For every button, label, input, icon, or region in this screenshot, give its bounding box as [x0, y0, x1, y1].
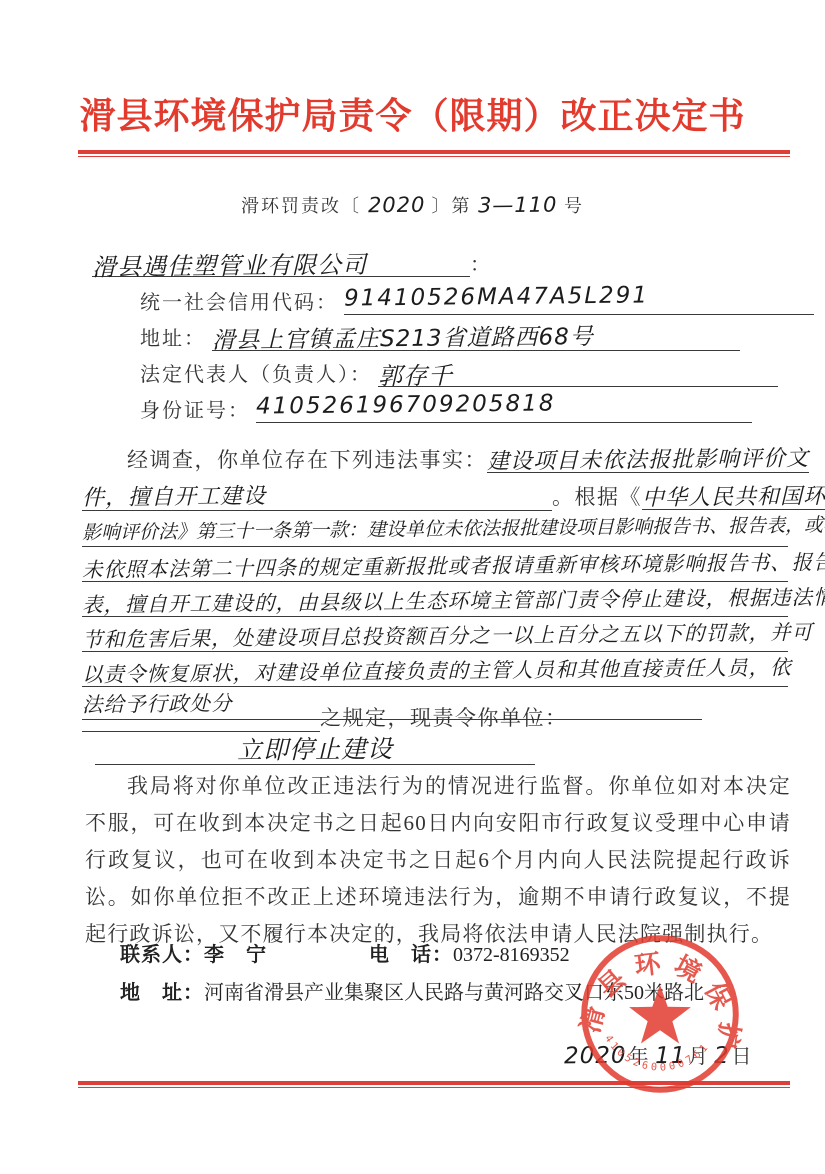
- header-divider: [78, 150, 790, 154]
- legal-rep-label: 法定代表人（负责人）：: [140, 364, 372, 386]
- legal-rep-row: 法定代表人（负责人）： 郭存千: [140, 356, 778, 387]
- address-handwritten: 滑县上官镇孟庄S213省道路西68号: [212, 318, 594, 355]
- doc-no-prefix: 滑环罚责改〔: [241, 196, 361, 216]
- contact-person-label: 联系人：: [120, 944, 204, 966]
- law-title-start-handwritten: 中华人民共和国环境: [642, 479, 825, 512]
- document-number: 滑环罚责改〔 2020 〕第 3—110 号: [0, 192, 825, 218]
- doc-no-year-handwritten: 2020: [367, 193, 425, 218]
- date-month-handwritten: 11: [654, 1043, 686, 1069]
- id-number-handwritten: 410526196709205818: [256, 390, 556, 419]
- order-row: 立即停止建设: [95, 730, 535, 765]
- company-colon: ：: [470, 254, 491, 276]
- law-line3-handwritten: 表，擅自开工建设的，由县级以上生态环境主管部门责令停止建设，根据违法情: [82, 580, 825, 618]
- doc-no-num-handwritten: 3—110: [478, 193, 558, 218]
- law-line: 影响评价法》第三十一条第一款：建设单位未依法报批建设项目影响报告书、报告表，或者: [82, 514, 788, 547]
- id-number-row: 身份证号： 410526196709205818: [140, 392, 752, 423]
- order-handwritten: 立即停止建设: [237, 729, 393, 767]
- law-line5-handwritten: 以责令恢复原状，对建设单位直接负责的主管人员和其他直接责任人员，依: [82, 650, 792, 687]
- date-year-handwritten: 2020: [564, 1043, 627, 1070]
- doc-no-mid: 〕第: [432, 196, 472, 216]
- contact-phone: 0372-8169352: [453, 944, 570, 966]
- date-line: 2020年11月2日: [562, 1040, 755, 1069]
- date-year-label: 年: [629, 1046, 653, 1068]
- credit-code-row: 统一社会信用代码： 91410526MA47A5L291: [140, 284, 814, 315]
- contact-address-row: 地 址：河南省滑县产业集聚区人民路与黄河路交叉口东50米路北: [120, 976, 704, 1005]
- law-line: 未依照本法第二十四条的规定重新报批或者报请重新审核环境影响报告书、报告: [82, 549, 788, 582]
- id-number-label: 身份证号：: [140, 400, 250, 422]
- date-day-label: 日: [731, 1046, 755, 1068]
- address-label: 地址：: [140, 328, 206, 350]
- legal-rep-handwritten: 郭存千: [378, 356, 453, 392]
- page-title: 滑县环境保护局责令（限期）改正决定书: [0, 88, 825, 139]
- contact-person: 李 宁: [204, 944, 267, 966]
- provision-row: 之规定，现责令你单位：: [82, 702, 568, 732]
- company-name-handwritten: 滑县遇佳塑管业有限公司: [92, 245, 367, 283]
- recipient-company-row: 滑县遇佳塑管业有限公司 ：: [92, 246, 491, 277]
- basis-lead: 。根据《: [552, 485, 642, 509]
- law-line2-handwritten: 未依照本法第二十四条的规定重新报批或者报请重新审核环境影响报告书、报告: [82, 545, 825, 583]
- contact-address: 河南省滑县产业集聚区人民路与黄河路交叉口东50米路北: [204, 982, 704, 1004]
- date-month-label: 月: [688, 1046, 712, 1068]
- doc-no-suffix: 号: [564, 196, 584, 216]
- law-line: 节和危害后果，处建设项目总投资额百分之一以上百分之五以下的罚款，并可: [82, 619, 788, 652]
- date-day-handwritten: 2: [714, 1043, 730, 1069]
- provision-text: 之规定，现责令你单位：: [320, 706, 568, 730]
- credit-code-handwritten: 91410526MA47A5L291: [344, 282, 649, 311]
- contact-row: 联系人：李 宁 电 话：0372-8169352: [120, 938, 570, 967]
- law-line: 以责令恢复原状，对建设单位直接负责的主管人员和其他直接责任人员，依: [82, 654, 788, 687]
- fact-line1-handwritten: 建设项目未依法报批影响评价文: [487, 441, 809, 475]
- fact-line2-handwritten: 件，擅自开工建设: [82, 479, 266, 512]
- supervision-paragraph: 我局将对你单位改正违法行为的情况进行监督。你单位如对本决定不服，可在收到本决定书…: [85, 768, 791, 953]
- law-line1-handwritten: 影响评价法》第三十一条第一款：建设单位未依法报批建设项目影响报告书、报告表，或者: [82, 510, 825, 545]
- law-line: 表，擅自开工建设的，由县级以上生态环境主管部门责令停止建设，根据违法情: [82, 584, 788, 617]
- contact-address-label: 地 址：: [120, 982, 204, 1004]
- credit-code-label: 统一社会信用代码：: [140, 292, 338, 314]
- facts-lead: 经调查，你单位存在下列违法事实：: [127, 448, 487, 472]
- address-row: 地址： 滑县上官镇孟庄S213省道路西68号: [140, 320, 740, 351]
- facts-line2-row: 件，擅自开工建设 。根据《中华人民共和国环境: [82, 480, 825, 511]
- footer-divider: [78, 1081, 790, 1085]
- contact-phone-label: 电 话：: [369, 944, 453, 966]
- facts-lead-row: 经调查，你单位存在下列违法事实：建设项目未依法报批影响评价文: [85, 443, 809, 474]
- law-line4-handwritten: 节和危害后果，处建设项目总投资额百分之一以上百分之五以下的罚款，并可: [82, 615, 813, 653]
